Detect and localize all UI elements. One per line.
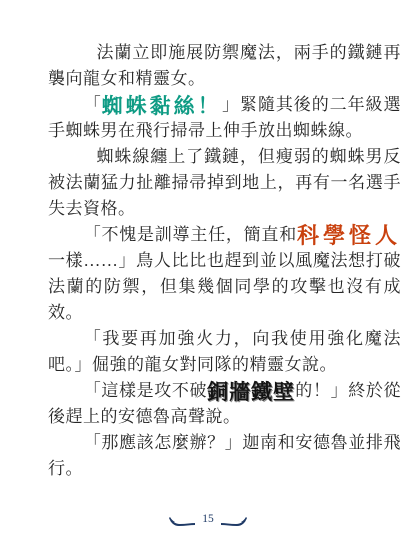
- book-page: 法蘭立即施展防禦魔法，兩手的鐵鏈再襲向龍女和精靈女。 「蜘蛛黏絲！」緊隨其後的二…: [0, 0, 416, 533]
- paragraph-5-text: 「我要再加強火力，向我使用強化魔法吧。」倔強的龍女對同隊的精靈女說。: [48, 329, 401, 374]
- paragraph-2: 「蜘蛛黏絲！」緊隨其後的二年級選手蜘蛛男在飛行掃帚上伸手放出蜘蛛線。: [48, 92, 401, 144]
- paragraph-2-open-quote: 「: [84, 95, 102, 114]
- paragraph-4: 「不愧是訓導主任，簡直和科學怪人一樣……」鳥人比比也趕到並以風魔法想打破法蘭的防…: [48, 222, 401, 326]
- paragraph-6-text-before: 「這樣是攻不破: [84, 381, 207, 400]
- paragraph-5: 「我要再加強火力，向我使用強化魔法吧。」倔強的龍女對同隊的精靈女說。: [48, 326, 401, 378]
- paragraph-4-text-before: 「不愧是訓導主任，簡直和: [84, 225, 297, 244]
- paragraph-4-text-after: 一樣……」鳥人比比也趕到並以風魔法想打破法蘭的防禦，但集幾個同學的攻擊也沒有成效…: [48, 251, 401, 322]
- story-text: 法蘭立即施展防禦魔法，兩手的鐵鏈再襲向龍女和精靈女。 「蜘蛛黏絲！」緊隨其後的二…: [48, 40, 401, 482]
- spell-name-spider-silk: 蜘蛛黏絲！: [102, 96, 222, 117]
- paragraph-3-text: 蜘蛛線纏上了鐵鏈，但瘦弱的蜘蛛男反被法蘭猛力扯離掃帚掉到地上，再有一名選手失去資…: [48, 147, 401, 218]
- phrase-frankenstein: 科學怪人: [297, 225, 401, 247]
- paragraph-7-text: 「那應該怎麼辦？」迦南和安德魯並排飛行。: [48, 433, 401, 478]
- phrase-iron-wall: 銅牆鐵壁: [207, 382, 295, 403]
- wing-ornament-left-icon: [168, 513, 196, 527]
- paragraph-3: 蜘蛛線纏上了鐵鏈，但瘦弱的蜘蛛男反被法蘭猛力扯離掃帚掉到地上，再有一名選手失去資…: [48, 144, 401, 222]
- paragraph-6: 「這樣是攻不破銅牆鐵壁的！」終於從後趕上的安德魯高聲說。: [48, 378, 401, 430]
- paragraph-1: 法蘭立即施展防禦魔法，兩手的鐵鏈再襲向龍女和精靈女。: [48, 40, 401, 92]
- paragraph-1-text: 法蘭立即施展防禦魔法，兩手的鐵鏈再襲向龍女和精靈女。: [48, 43, 401, 88]
- wing-ornament-right-icon: [220, 513, 248, 527]
- paragraph-7: 「那應該怎麼辦？」迦南和安德魯並排飛行。: [48, 430, 401, 482]
- page-number: 15: [201, 514, 215, 526]
- page-footer: 15: [0, 513, 416, 527]
